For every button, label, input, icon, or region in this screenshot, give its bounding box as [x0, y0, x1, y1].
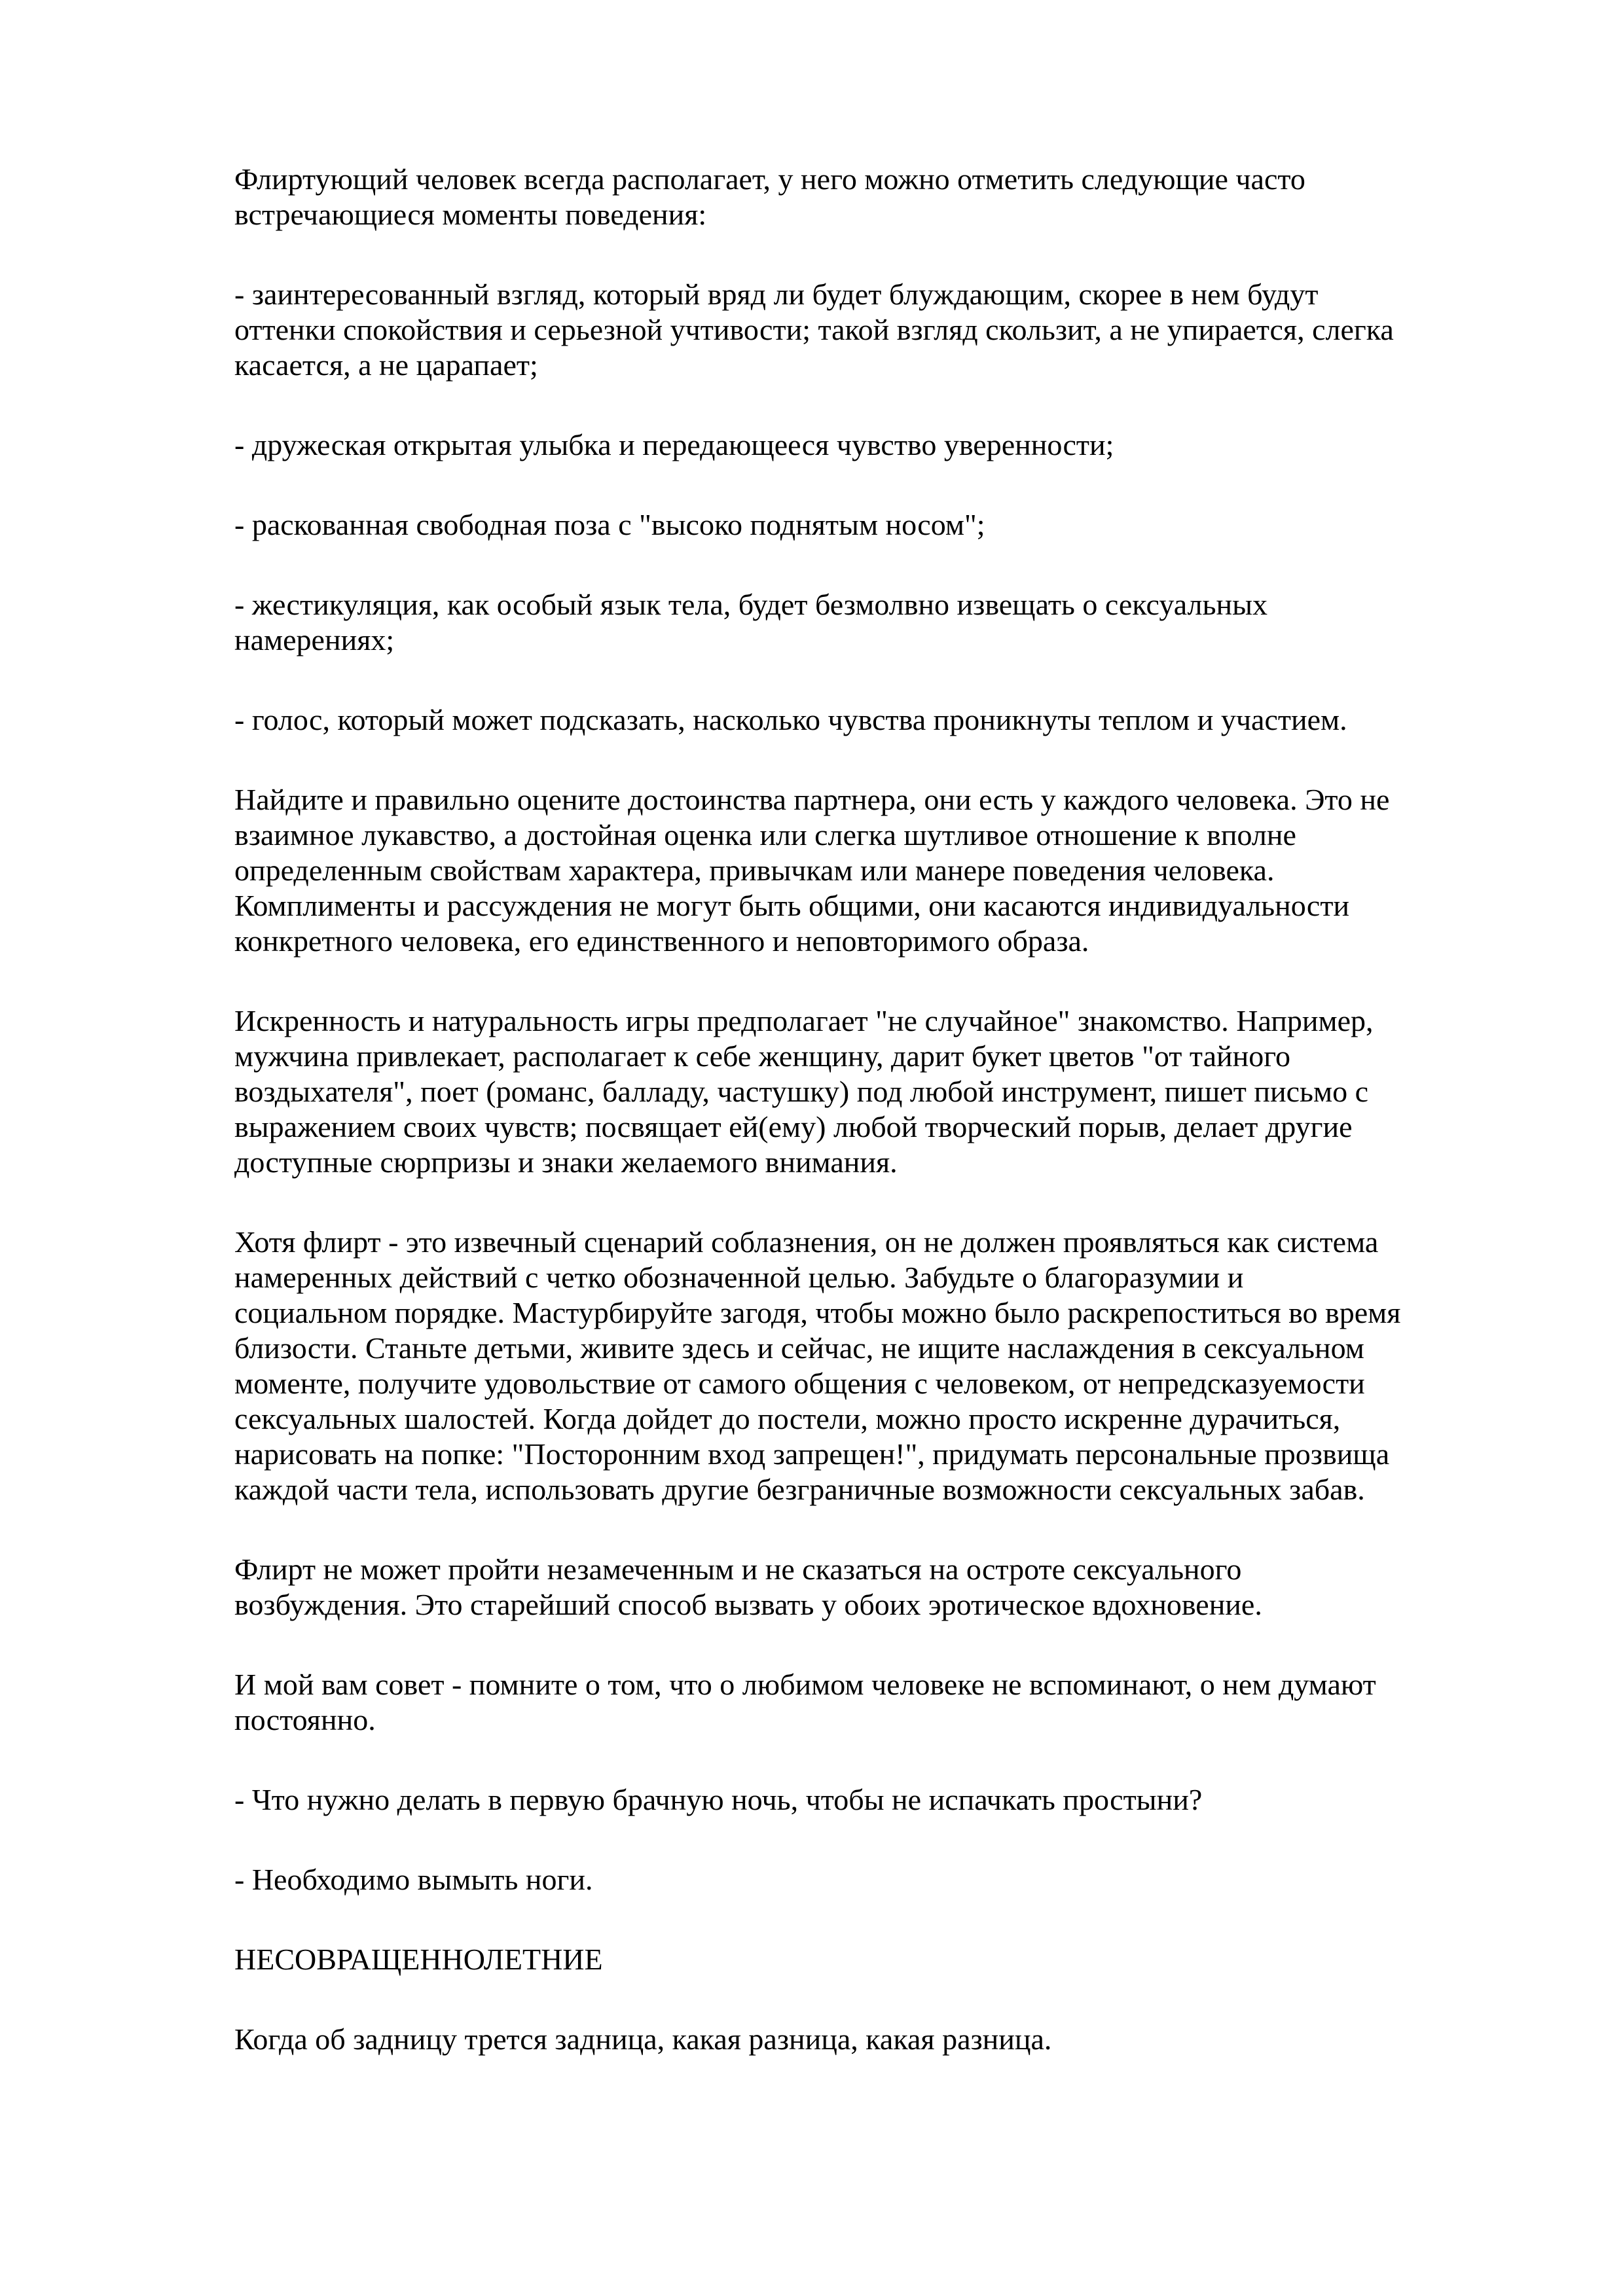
text-paragraph: Флиртующий человек всегда располагает, у…	[234, 162, 1426, 232]
text-paragraph: Флирт не может пройти незамеченным и не …	[234, 1552, 1426, 1623]
text-paragraph: - дружеская открытая улыбка и передающее…	[234, 427, 1426, 463]
text-paragraph: Искренность и натуральность игры предпол…	[234, 1003, 1426, 1180]
text-paragraph: Когда об задницу трется задница, какая р…	[234, 2022, 1426, 2057]
text-flow: Флиртующий человек всегда располагает, у…	[234, 162, 1426, 2057]
text-paragraph: Найдите и правильно оцените достоинства …	[234, 782, 1426, 959]
text-paragraph: И мой вам совет - помните о том, что о л…	[234, 1667, 1426, 1738]
text-paragraph: - раскованная свободная поза с "высоко п…	[234, 507, 1426, 543]
document-page: Флиртующий человек всегда располагает, у…	[0, 0, 1623, 2296]
text-paragraph: - Что нужно делать в первую брачную ночь…	[234, 1782, 1426, 1818]
text-paragraph: - заинтересованный взгляд, который вряд …	[234, 277, 1426, 383]
text-paragraph: Хотя флирт - это извечный сценарий собла…	[234, 1225, 1426, 1507]
section-heading: НЕСОВРАЩЕННОЛЕТНИЕ	[234, 1942, 1426, 1977]
text-paragraph: - голос, который может подсказать, наско…	[234, 702, 1426, 738]
text-paragraph: - жестикуляция, как особый язык тела, бу…	[234, 587, 1426, 658]
text-paragraph: - Необходимо вымыть ноги.	[234, 1862, 1426, 1897]
